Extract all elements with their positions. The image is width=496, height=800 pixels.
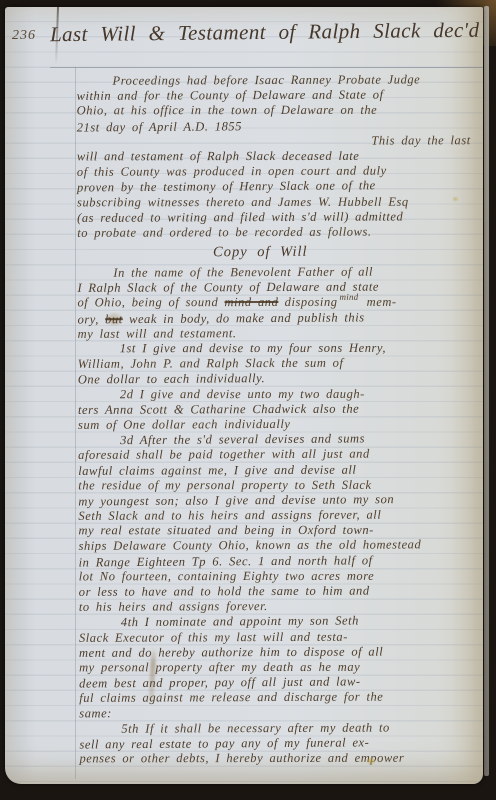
copy-of-will-heading: Copy of Will bbox=[61, 239, 459, 266]
paper-stain bbox=[366, 757, 376, 765]
manuscript-line: This day the last bbox=[77, 133, 475, 150]
manuscript-line: 3d After the s'd several devises and sum… bbox=[78, 431, 476, 449]
manuscript-line: to probate and ordered to be recorded as… bbox=[77, 224, 475, 241]
manuscript-line: lot No fourteen, containing Eighty two a… bbox=[79, 568, 477, 584]
manuscript-line: or less to have and to hold the same to … bbox=[79, 583, 477, 600]
manuscript-line: 2d I give and devise unto my two daugh- bbox=[78, 386, 476, 402]
manuscript-line: the residue of my personal property to S… bbox=[78, 477, 476, 493]
manuscript-line: ory, but weak in body, do make and publi… bbox=[78, 309, 476, 327]
manuscript-line: lawful claims against me, I give and dev… bbox=[78, 462, 476, 479]
paper-stain bbox=[452, 196, 459, 202]
manuscript-line: In the name of the Benevolent Father of … bbox=[77, 264, 475, 281]
manuscript-line-segment: mem- bbox=[360, 295, 396, 309]
manuscript-line: Proceedings had before Isaac Ranney Prob… bbox=[76, 72, 474, 89]
book-page-edge bbox=[484, 6, 489, 776]
manuscript-line: aforesaid shall be paid together with al… bbox=[78, 446, 476, 463]
manuscript-line: in Range Eighteen Tp 6. Sec. 1 and north… bbox=[79, 552, 477, 570]
manuscript-line: Seth Slack and to his heirs and assigns … bbox=[78, 507, 476, 524]
manuscript-line: my youngest son; also I give and devise … bbox=[78, 491, 476, 509]
record-title: Last Will & Testament of Ralph Slack dec… bbox=[50, 18, 474, 47]
manuscript-line-segment: mind bbox=[340, 290, 359, 305]
manuscript-line: my last will and testament. bbox=[78, 325, 476, 342]
manuscript-line: deem best and proper, pay off all just a… bbox=[79, 674, 477, 692]
manuscript-line: Slack Executor of this my last will and … bbox=[79, 629, 477, 646]
manuscript-line: penses or other debts, I hereby authoriz… bbox=[79, 751, 477, 767]
manuscript-line: (as reduced to writing and filed with s'… bbox=[77, 209, 475, 226]
manuscript-line: same: bbox=[79, 705, 477, 721]
manuscript-line: One dollar to each individually. bbox=[78, 370, 476, 388]
manuscript-line: 21st day of April A.D. 1855 bbox=[77, 117, 475, 135]
proceedings-text: Proceedings had before Isaac Ranney Prob… bbox=[76, 72, 475, 241]
manuscript-body: Proceedings had before Isaac Ranney Prob… bbox=[76, 72, 477, 767]
manuscript-line-segment: of Ohio, being of sound bbox=[77, 296, 224, 310]
manuscript-line: my real estate situated and being in Oxf… bbox=[78, 523, 476, 539]
manuscript-line: will and testament of Ralph Slack deceas… bbox=[77, 149, 475, 165]
manuscript-line-segment: ory, bbox=[78, 312, 106, 326]
margin-rule-line bbox=[75, 67, 76, 779]
header-rule-line bbox=[50, 67, 483, 68]
manuscript-line-segment: disposing bbox=[278, 295, 337, 309]
will-text: In the name of the Benevolent Father of … bbox=[77, 264, 477, 767]
scanned-record-photo: 236 Last Will & Testament of Ralph Slack… bbox=[0, 0, 496, 800]
manuscript-line: 1st I give and devise to my four sons He… bbox=[78, 341, 476, 357]
manuscript-line-segment: but bbox=[105, 312, 123, 326]
manuscript-line: ful claims against me release and discha… bbox=[79, 689, 477, 706]
manuscript-line: ters Anna Scott & Catharine Chadwick als… bbox=[78, 401, 476, 418]
manuscript-line: within and for the County of Delaware an… bbox=[77, 87, 475, 104]
page-number: 236 bbox=[12, 28, 36, 44]
manuscript-line: proven by the testimony of Henry Slack o… bbox=[77, 178, 475, 196]
manuscript-line-segment: mind and bbox=[225, 295, 279, 309]
manuscript-line: Ohio, at his office in the town of Delaw… bbox=[77, 103, 475, 119]
manuscript-line: ment and do hereby authorize him to disp… bbox=[79, 644, 477, 661]
manuscript-line-segment: weak in body, do make and publish this bbox=[123, 310, 365, 326]
manuscript-line: subscribing witnesses thereto and James … bbox=[77, 194, 475, 210]
manuscript-line: of Ohio, being of sound mind and disposi… bbox=[77, 295, 475, 311]
